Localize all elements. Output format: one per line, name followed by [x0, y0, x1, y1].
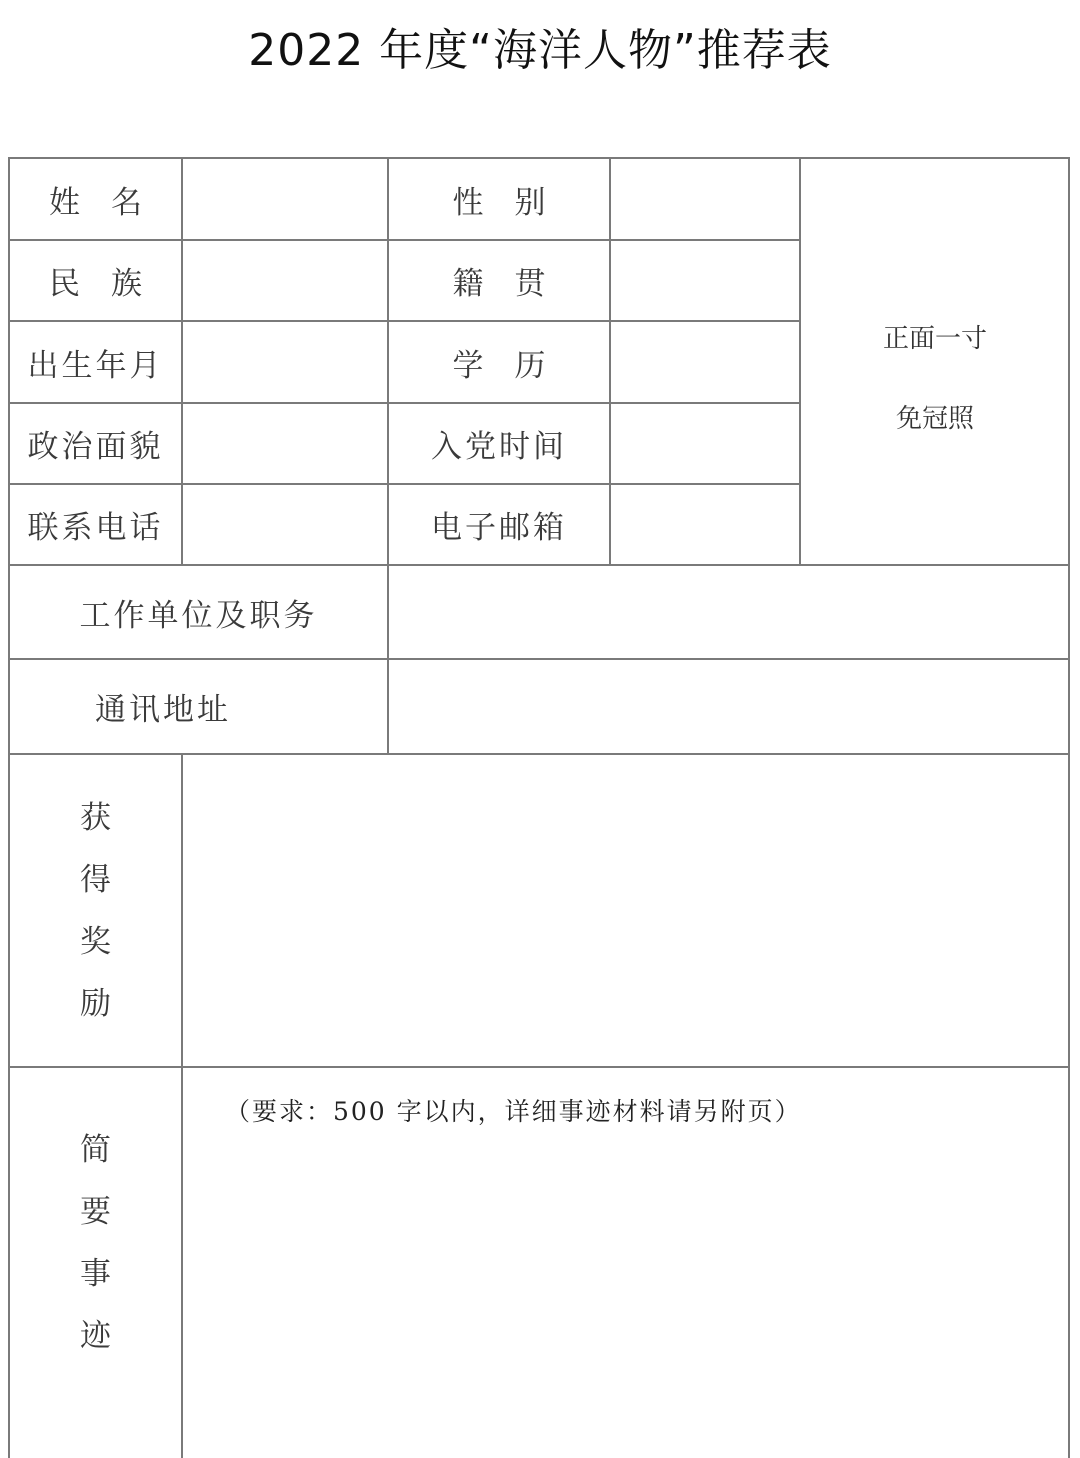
ethnicity-field[interactable]	[183, 241, 387, 320]
email-field[interactable]	[611, 485, 799, 564]
awards-field[interactable]	[183, 755, 1068, 1066]
label-ethnicity: 民 族	[10, 241, 181, 320]
deeds-char: 简	[80, 1119, 111, 1181]
label-awards: 获 得 奖 励	[10, 755, 181, 1066]
awards-char: 得	[80, 849, 111, 911]
deeds-char: 要	[80, 1181, 111, 1243]
native-place-field[interactable]	[611, 241, 799, 320]
party-join-date-field[interactable]	[611, 404, 799, 483]
name-field[interactable]	[183, 159, 387, 239]
label-native-place: 籍 贯	[389, 241, 609, 320]
phone-field[interactable]	[183, 485, 387, 564]
deeds-char: 迹	[80, 1305, 111, 1367]
political-status-field[interactable]	[183, 404, 387, 483]
awards-char: 励	[80, 973, 111, 1035]
photo-placeholder[interactable]	[801, 159, 1068, 564]
photo-instruction-line2: 免冠照	[801, 398, 1069, 435]
awards-char: 奖	[80, 911, 111, 973]
work-unit-field[interactable]	[389, 566, 1068, 658]
deeds-requirement-note: （要求：500 字以内，详细事迹材料请另附页）	[225, 1092, 802, 1128]
photo-instruction-line1: 正面一寸	[801, 318, 1069, 355]
label-deeds: 简 要 事 迹	[10, 1068, 181, 1458]
label-birth-date: 出生年月	[10, 322, 181, 402]
deeds-char: 事	[80, 1243, 111, 1305]
label-political-status: 政治面貌	[10, 404, 181, 483]
address-field[interactable]	[389, 660, 1068, 753]
label-email: 电子邮箱	[389, 485, 609, 564]
gender-field[interactable]	[611, 159, 799, 239]
label-education: 学 历	[389, 322, 609, 402]
label-name: 姓 名	[10, 159, 181, 239]
label-address: 通讯地址	[10, 660, 316, 753]
label-party-join-date: 入党时间	[389, 404, 609, 483]
form-title: 2022 年度“海洋人物”推荐表	[0, 14, 1080, 78]
awards-char: 获	[80, 787, 111, 849]
label-phone: 联系电话	[10, 485, 181, 564]
label-gender: 性 别	[389, 159, 609, 239]
birth-date-field[interactable]	[183, 322, 387, 402]
education-field[interactable]	[611, 322, 799, 402]
label-work-unit: 工作单位及职务	[10, 566, 387, 658]
